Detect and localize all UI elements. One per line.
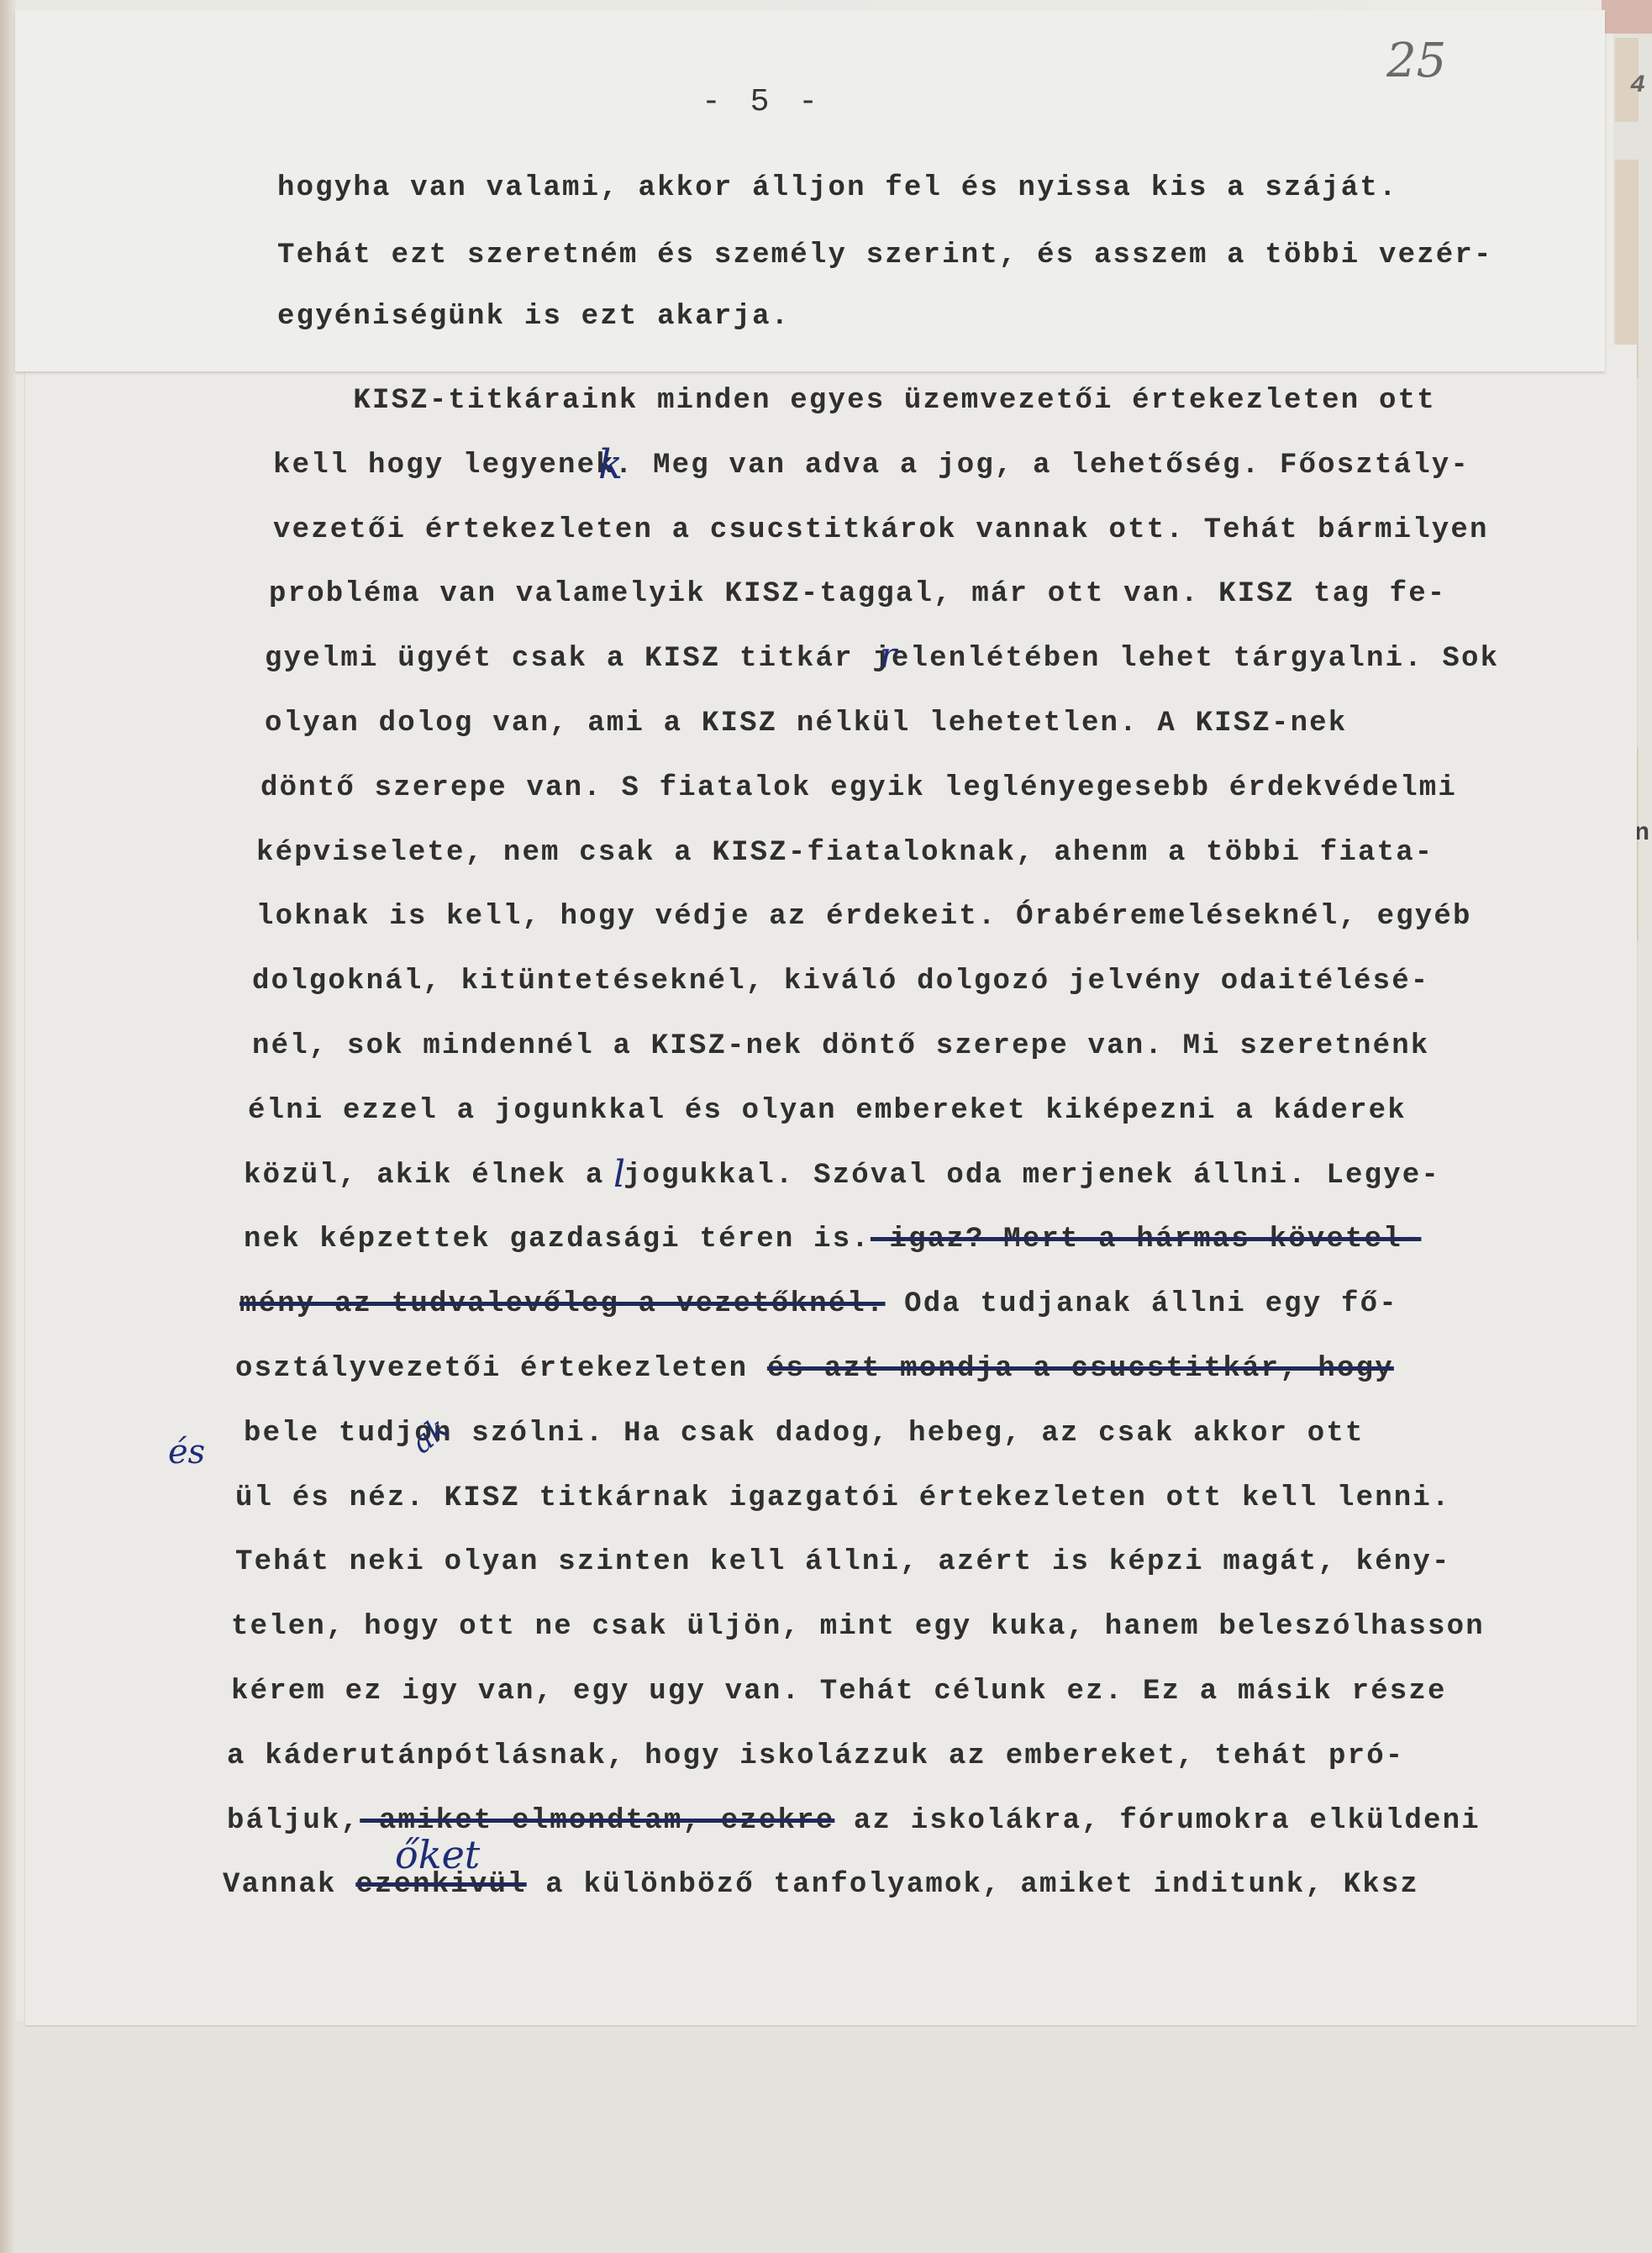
struck-text: és azt mondja a csucstitkár, hogy — [767, 1353, 1394, 1385]
typed-line: loknak is kell, hogy védje az érdekeit. … — [256, 901, 1472, 933]
typed-line: mény az tudvalevőleg a vezetőknél. Oda t… — [239, 1288, 1398, 1320]
archive-number: 25 — [1386, 34, 1446, 88]
typed-line: ül és néz. KISZ titkárnak igazgatói érte… — [235, 1482, 1451, 1514]
typed-line: probléma van valamelyik KISZ-taggal, már… — [269, 578, 1446, 610]
typed-line: vezetői értekezleten a csucstitkárok van… — [273, 514, 1489, 546]
typed-line: Tehát neki olyan szinten kell állni, azé… — [235, 1546, 1451, 1578]
handwritten-insert: őket — [395, 1832, 480, 1877]
handwritten-correction: k — [598, 441, 623, 488]
typed-line: Tehát ezt szeretném és személy szerint, … — [277, 240, 1493, 271]
typed-text: báljuk, — [227, 1805, 360, 1837]
typed-line: telen, hogy ott ne csak üljön, mint egy … — [231, 1611, 1485, 1643]
typed-line: dolgoknál, kitüntetéseknél, kiváló dolgo… — [252, 966, 1429, 998]
typed-text: Vannak — [223, 1869, 355, 1901]
typed-line: osztályvezetői értekezleten és azt mondj… — [235, 1353, 1394, 1385]
typed-line: olyan dolog van, ami a KISZ nélkül lehet… — [265, 708, 1347, 740]
typed-line: egyéniségünk is ezt akarja. — [277, 301, 790, 333]
handwritten-margin-note: és — [168, 1433, 205, 1471]
typed-line: kérem ez igy van, egy ugy van. Tehát cél… — [231, 1676, 1447, 1708]
typed-line: képviselete, nem csak a KISZ-fiataloknak… — [256, 837, 1434, 869]
typed-line: közül, akik élnek a jogukkal. Szóval oda… — [244, 1160, 1440, 1192]
typed-text: az iskolákra, fórumokra elküldeni — [834, 1805, 1481, 1837]
edge-fragment: 4 — [1630, 71, 1645, 100]
pink-folder-corner — [1602, 0, 1652, 34]
struck-text: igaz? Mert a hármas követel- — [871, 1224, 1422, 1255]
page-number: - 5 - — [702, 84, 823, 120]
lower-sheet — [15, 2021, 1627, 2253]
typed-line: kell hogy legyenek. Meg van adva a jog, … — [273, 450, 1470, 482]
typed-text: nek képzettek gazdasági téren is. — [244, 1224, 871, 1255]
typed-line: élni ezzel a jogunkkal és olyan embereke… — [248, 1095, 1407, 1127]
typed-line: a káderutánpótlásnak, hogy iskolázzuk az… — [227, 1740, 1404, 1772]
typed-text: a különböző tanfolyamok, amiket inditunk… — [527, 1869, 1419, 1901]
handwritten-correction: l — [613, 1153, 625, 1196]
typed-text: osztályvezetői értekezleten — [235, 1353, 767, 1385]
struck-text: mény az tudvalevőleg a vezetőknél. — [239, 1288, 886, 1320]
typed-line: nek képzettek gazdasági téren is. igaz? … — [244, 1224, 1421, 1255]
typed-line: hogyha van valami, akkor álljon fel és n… — [277, 172, 1398, 204]
handwritten-correction: r — [880, 634, 897, 676]
typed-line: KISZ-titkáraink minden egyes üzemvezetői… — [277, 385, 1436, 417]
typed-line: nél, sok mindennél a KISZ-nek döntő szer… — [252, 1030, 1429, 1062]
typed-text: Oda tudjanak állni egy fő- — [886, 1288, 1398, 1320]
typed-line: döntő szerepe van. S fiatalok egyik legl… — [260, 772, 1457, 804]
